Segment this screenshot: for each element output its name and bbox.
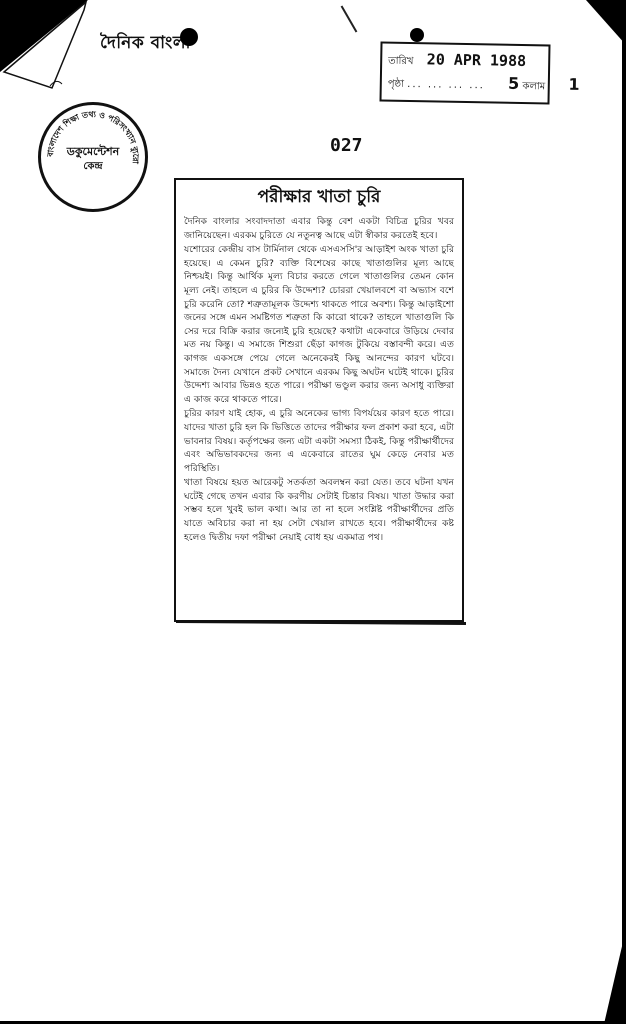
documentation-center-stamp: বাংলাদেশ শিক্ষা তথ্য ও পরিসংখ্যান ব্যুরো… (38, 102, 148, 212)
clipping-edge (176, 620, 466, 625)
date-row: তারিখ 20 APR 1988 (388, 50, 526, 73)
column-label: কলাম (522, 81, 545, 92)
clipping-headline: পরীক্ষার খাতা চুরি (176, 184, 462, 212)
clipping-paragraph: যশোরের কেন্দ্রীয় বাস টার্মিনাল থেকে এসএ… (176, 243, 462, 406)
page-label: পৃষ্ঠা (388, 79, 404, 90)
scan-border-right (622, 40, 626, 1024)
date-label: তারিখ (388, 56, 414, 67)
scan-border-bottom-right (604, 929, 626, 1024)
clipping-paragraph: দৈনিক বাংলার সংবাদদাতা এবার কিন্তু বেশ এ… (176, 215, 462, 242)
page-number: 027 (330, 135, 363, 156)
column-value: 1 (568, 75, 579, 94)
date-stamp-box: তারিখ 20 APR 1988 পৃষ্ঠা ... ... ... ...… (379, 42, 550, 105)
scan-border-top-right (586, 0, 626, 45)
page-value: 5 (508, 74, 519, 93)
clipping-paragraph: চুরির কারণ যাই হোক, এ চুরি অনেকের ভাগ্য … (176, 407, 462, 475)
punch-hole-icon (410, 28, 424, 42)
scan-mark (341, 6, 358, 33)
newspaper-name: দৈনিক বাংলা (100, 30, 191, 58)
folded-corner (0, 0, 90, 90)
date-value: 20 APR 1988 (427, 50, 527, 70)
clipping-paragraph: খাতা বিষয়ে হয়ত আরেকটু সতর্কতা অবলম্বন … (176, 476, 462, 544)
newspaper-clipping: পরীক্ষার খাতা চুরি দৈনিক বাংলার সংবাদদাত… (174, 178, 464, 622)
punch-hole-icon (180, 28, 198, 46)
stamp-center-line2: কেন্দ্র (41, 159, 145, 176)
dots: ... ... ... ... (407, 79, 485, 91)
page-row: পৃষ্ঠা ... ... ... ... 5 কলাম 1 (388, 72, 580, 97)
